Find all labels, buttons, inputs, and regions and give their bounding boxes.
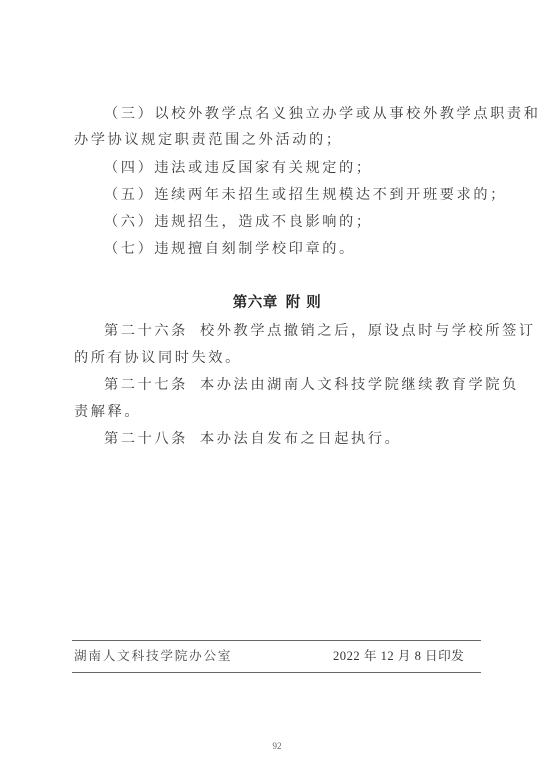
- article-26-line-2: 的所有协议同时失效。: [74, 348, 242, 368]
- article-26-number: 第二十六条: [104, 323, 188, 339]
- article-27-number: 第二十七条: [104, 377, 188, 393]
- chapter-number: 第六章: [233, 294, 278, 311]
- chapter-title: 附 则: [286, 294, 322, 311]
- clause-3-line-1: （三）以校外教学点名义独立办学或从事校外教学点职责和: [104, 104, 540, 124]
- chapter-heading: 第六章附 则: [0, 293, 554, 313]
- document-page: （三）以校外教学点名义独立办学或从事校外教学点职责和 办学协议规定职责范围之外活…: [0, 0, 554, 783]
- article-26-line-1: 第二十六条校外教学点撤销之后，原设点时与学校所签订: [104, 321, 536, 341]
- article-26-text: 校外教学点撤销之后，原设点时与学校所签订: [200, 323, 536, 339]
- footer-issuer: 湖南人文科技学院办公室: [74, 647, 232, 665]
- page-number: 92: [0, 741, 554, 751]
- article-27-line-2: 责解释。: [74, 402, 141, 422]
- clause-7: （七）违规擅自刻制学校印章的。: [104, 239, 356, 259]
- clause-5: （五）连续两年未招生或招生规模达不到开班要求的；: [104, 185, 507, 205]
- footer-bottom-rule: [72, 672, 481, 673]
- clause-3-line-2: 办学协议规定职责范围之外活动的；: [74, 130, 343, 150]
- article-27-text: 本办法由湖南人文科技学院继续教育学院负: [200, 377, 519, 393]
- clause-4: （四）违法或违反国家有关规定的；: [104, 158, 373, 178]
- article-27-line-1: 第二十七条本办法由湖南人文科技学院继续教育学院负: [104, 375, 519, 395]
- clause-6: （六）违规招生，造成不良影响的；: [104, 212, 373, 232]
- footer-date: 2022 年 12 月 8 日印发: [333, 647, 464, 665]
- article-28-line-1: 第二十八条本办法自发布之日起执行。: [104, 429, 401, 449]
- article-28-text: 本办法自发布之日起执行。: [200, 431, 401, 447]
- footer-top-rule: [72, 640, 481, 641]
- article-28-number: 第二十八条: [104, 431, 188, 447]
